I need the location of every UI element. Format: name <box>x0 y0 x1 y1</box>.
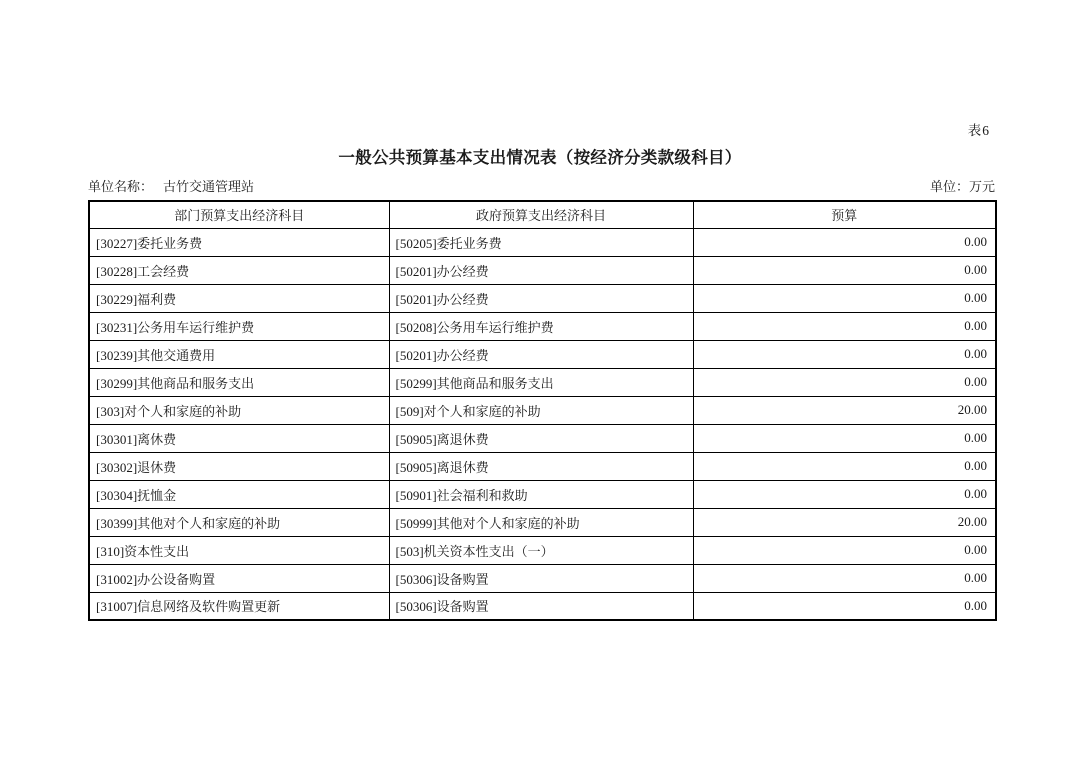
table-body: [30227]委托业务费[50205]委托业务费0.00[30228]工会经费[… <box>89 228 996 620</box>
table-row: [30239]其他交通费用[50201]办公经费0.00 <box>89 340 996 368</box>
table-row: [303]对个人和家庭的补助[509]对个人和家庭的补助20.00 <box>89 396 996 424</box>
unit-name-label: 单位名称： <box>88 179 153 194</box>
dept-subject-cell: [303]对个人和家庭的补助 <box>89 396 389 424</box>
budget-cell: 20.00 <box>693 396 996 424</box>
dept-subject-cell: [30228]工会经费 <box>89 256 389 284</box>
budget-table: 部门预算支出经济科目 政府预算支出经济科目 预算 [30227]委托业务费[50… <box>88 200 997 621</box>
dept-subject-cell: [310]资本性支出 <box>89 536 389 564</box>
table-header-row: 部门预算支出经济科目 政府预算支出经济科目 预算 <box>89 201 996 228</box>
table-row: [30299]其他商品和服务支出[50299]其他商品和服务支出0.00 <box>89 368 996 396</box>
budget-cell: 0.00 <box>693 228 996 256</box>
dept-subject-cell: [31007]信息网络及软件购置更新 <box>89 592 389 620</box>
unit-name: 单位名称：古竹交通管理站 <box>88 176 254 195</box>
dept-subject-cell: [30399]其他对个人和家庭的补助 <box>89 508 389 536</box>
budget-cell: 0.00 <box>693 256 996 284</box>
table-row: [30231]公务用车运行维护费[50208]公务用车运行维护费0.00 <box>89 312 996 340</box>
gov-subject-cell: [50905]离退休费 <box>389 452 693 480</box>
gov-subject-cell: [50999]其他对个人和家庭的补助 <box>389 508 693 536</box>
table-row: [30302]退休费[50905]离退休费0.00 <box>89 452 996 480</box>
gov-subject-cell: [50306]设备购置 <box>389 564 693 592</box>
meta-row: 单位名称：古竹交通管理站 单位：万元 <box>88 176 995 195</box>
budget-cell: 0.00 <box>693 452 996 480</box>
dept-subject-cell: [30301]离休费 <box>89 424 389 452</box>
table-number-label: 表6 <box>968 119 990 139</box>
dept-subject-cell: [30304]抚恤金 <box>89 480 389 508</box>
gov-subject-cell: [509]对个人和家庭的补助 <box>389 396 693 424</box>
budget-cell: 0.00 <box>693 284 996 312</box>
gov-subject-cell: [50901]社会福利和救助 <box>389 480 693 508</box>
table-header: 部门预算支出经济科目 政府预算支出经济科目 预算 <box>89 201 996 228</box>
dept-subject-cell: [30227]委托业务费 <box>89 228 389 256</box>
document-page: 表6 一般公共预算基本支出情况表（按经济分类款级科目） 单位名称：古竹交通管理站… <box>0 0 1080 763</box>
table-row: [31007]信息网络及软件购置更新[50306]设备购置0.00 <box>89 592 996 620</box>
page-title: 一般公共预算基本支出情况表（按经济分类款级科目） <box>0 144 1080 168</box>
table-row: [30229]福利费[50201]办公经费0.00 <box>89 284 996 312</box>
column-header-budget: 预算 <box>693 201 996 228</box>
budget-cell: 0.00 <box>693 424 996 452</box>
budget-cell: 0.00 <box>693 340 996 368</box>
gov-subject-cell: [50299]其他商品和服务支出 <box>389 368 693 396</box>
dept-subject-cell: [30229]福利费 <box>89 284 389 312</box>
column-header-gov-subject: 政府预算支出经济科目 <box>389 201 693 228</box>
table-row: [30304]抚恤金[50901]社会福利和救助0.00 <box>89 480 996 508</box>
dept-subject-cell: [30239]其他交通费用 <box>89 340 389 368</box>
gov-subject-cell: [503]机关资本性支出（一） <box>389 536 693 564</box>
budget-cell: 0.00 <box>693 564 996 592</box>
budget-cell: 0.00 <box>693 312 996 340</box>
budget-cell: 0.00 <box>693 592 996 620</box>
gov-subject-cell: [50201]办公经费 <box>389 284 693 312</box>
table-row: [30399]其他对个人和家庭的补助[50999]其他对个人和家庭的补助20.0… <box>89 508 996 536</box>
dept-subject-cell: [31002]办公设备购置 <box>89 564 389 592</box>
dept-subject-cell: [30299]其他商品和服务支出 <box>89 368 389 396</box>
gov-subject-cell: [50201]办公经费 <box>389 340 693 368</box>
table-row: [310]资本性支出[503]机关资本性支出（一）0.00 <box>89 536 996 564</box>
gov-subject-cell: [50201]办公经费 <box>389 256 693 284</box>
budget-cell: 0.00 <box>693 368 996 396</box>
budget-cell: 0.00 <box>693 536 996 564</box>
unit-name-value: 古竹交通管理站 <box>163 179 254 194</box>
gov-subject-cell: [50205]委托业务费 <box>389 228 693 256</box>
budget-cell: 0.00 <box>693 480 996 508</box>
gov-subject-cell: [50905]离退休费 <box>389 424 693 452</box>
budget-cell: 20.00 <box>693 508 996 536</box>
dept-subject-cell: [30231]公务用车运行维护费 <box>89 312 389 340</box>
table-row: [31002]办公设备购置[50306]设备购置0.00 <box>89 564 996 592</box>
column-header-dept-subject: 部门预算支出经济科目 <box>89 201 389 228</box>
table-row: [30301]离休费[50905]离退休费0.00 <box>89 424 996 452</box>
dept-subject-cell: [30302]退休费 <box>89 452 389 480</box>
table-row: [30227]委托业务费[50205]委托业务费0.00 <box>89 228 996 256</box>
table-row: [30228]工会经费[50201]办公经费0.00 <box>89 256 996 284</box>
gov-subject-cell: [50306]设备购置 <box>389 592 693 620</box>
currency-unit-label: 单位：万元 <box>930 176 995 195</box>
gov-subject-cell: [50208]公务用车运行维护费 <box>389 312 693 340</box>
